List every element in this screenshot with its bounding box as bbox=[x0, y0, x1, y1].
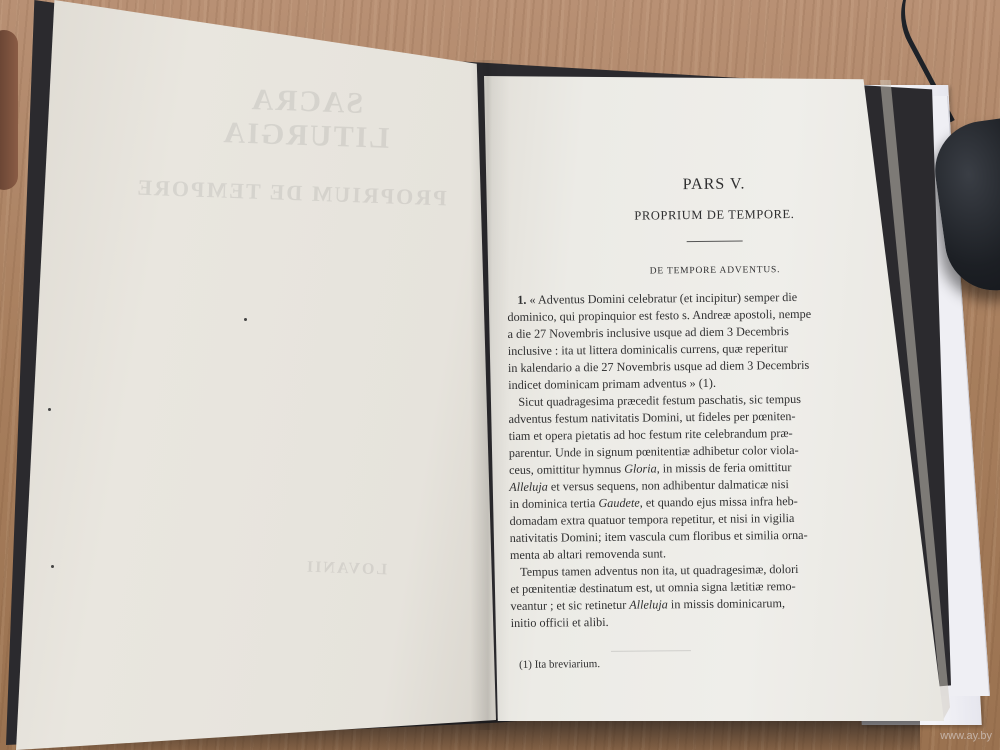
paragraph-1: 1. « Adventus Domini celebratur (et inci… bbox=[507, 288, 898, 394]
paragraph-3: Tempus tamen adventus non ita, ut quadra… bbox=[510, 560, 901, 632]
spine-gutter bbox=[470, 60, 510, 730]
show-through-text: PROPRIUM DE TEMPORE bbox=[126, 174, 457, 212]
speck bbox=[51, 565, 54, 568]
section-heading: DE TEMPORE ADVENTUS. bbox=[533, 264, 897, 278]
watermark: www.ay.by bbox=[940, 730, 992, 742]
left-page: SACRA LITURGIA PROPRIUM DE TEMPORE LOVAN… bbox=[16, 0, 496, 750]
divider-rule bbox=[687, 241, 743, 243]
page-text: PARS V. PROPRIUM DE TEMPORE. DE TEMPORE … bbox=[506, 174, 901, 671]
paragraph-2: Sicut quadragesima præcedit festum pasch… bbox=[508, 390, 900, 564]
part-subtitle: PROPRIUM DE TEMPORE. bbox=[532, 206, 896, 225]
finger bbox=[0, 30, 18, 190]
text-line: initio officii et alibi. bbox=[511, 611, 901, 632]
speck bbox=[244, 318, 247, 321]
show-through-text: LOVANII bbox=[246, 557, 447, 582]
footnote-rule bbox=[611, 650, 691, 652]
part-title: PARS V. bbox=[532, 174, 896, 196]
paragraph-number: 1. bbox=[517, 293, 526, 307]
speck bbox=[48, 408, 51, 411]
show-through-text: SACRA LITURGIA bbox=[165, 80, 447, 158]
